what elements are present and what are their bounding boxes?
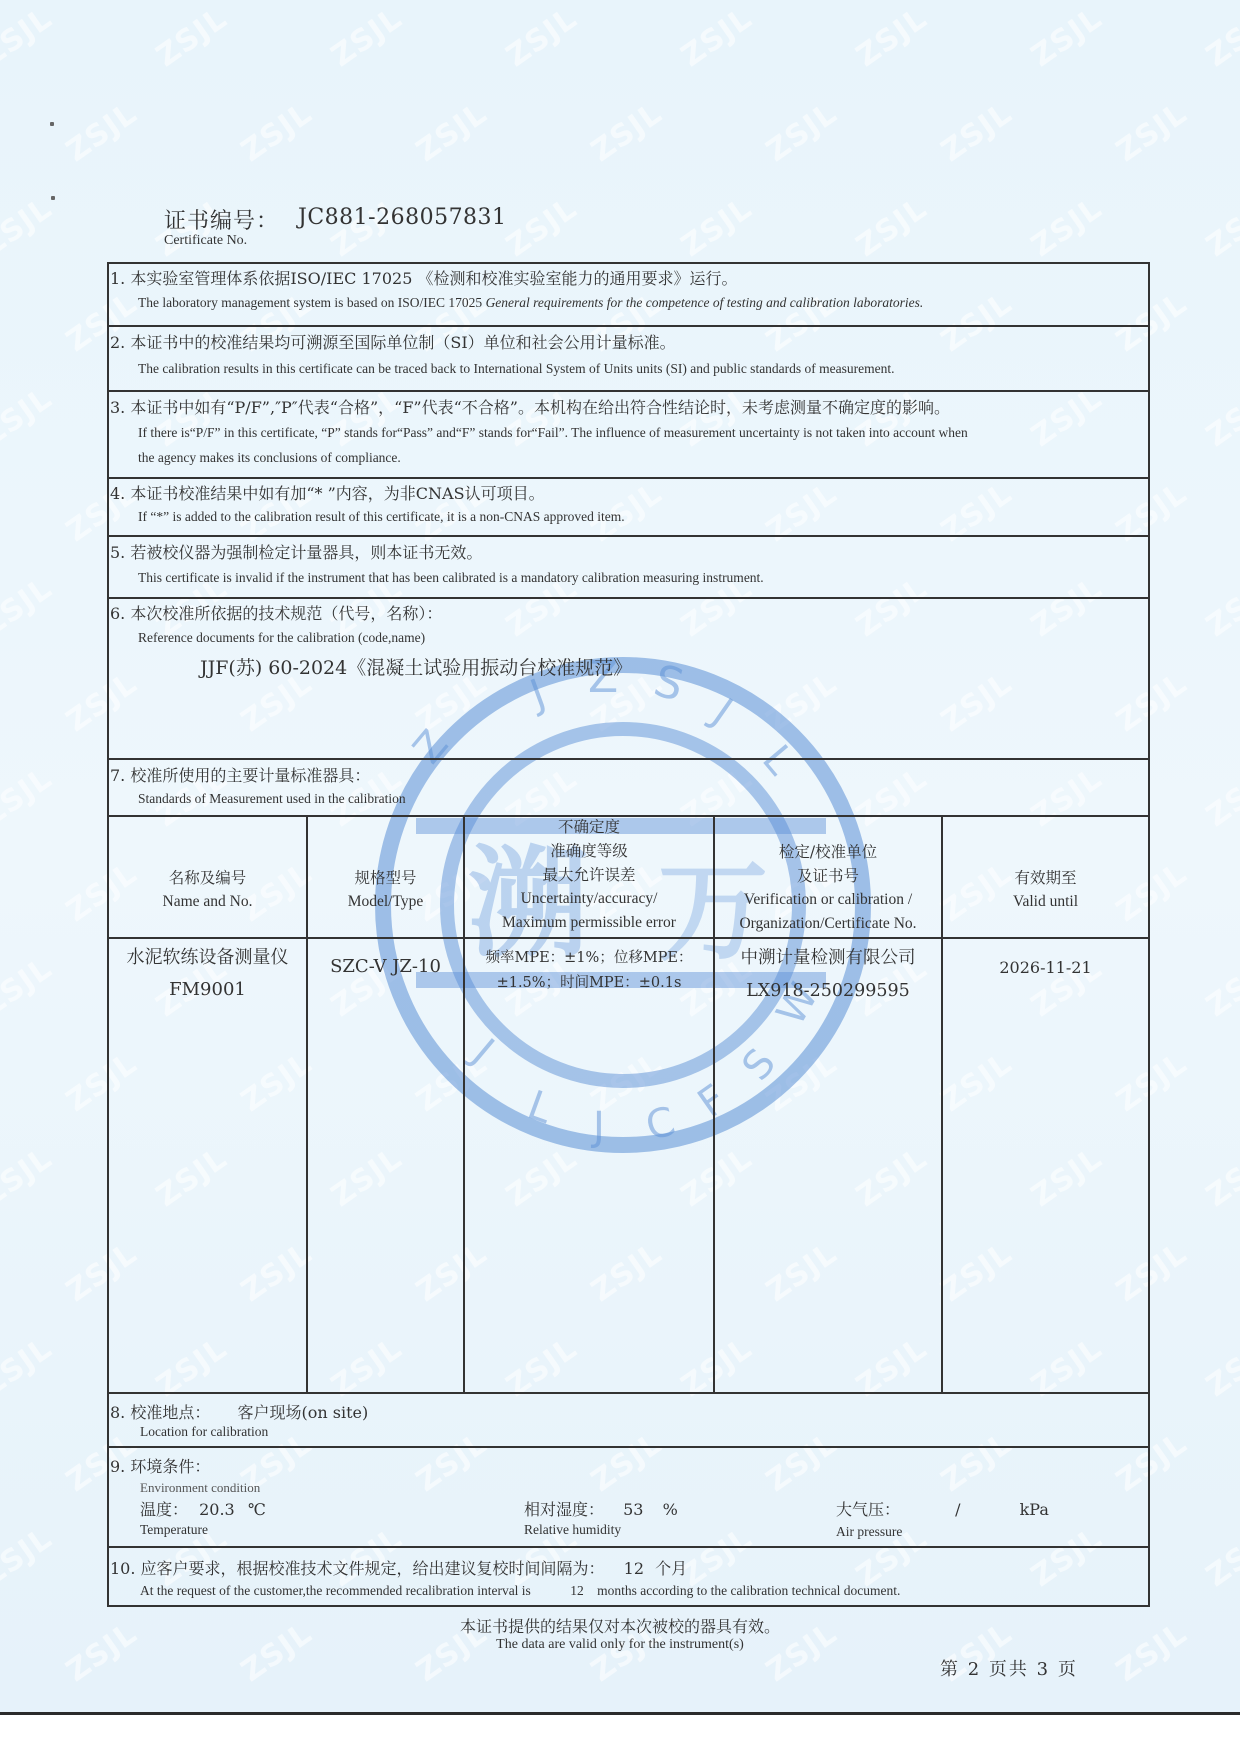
divider (107, 1392, 1150, 1394)
item-6-en: Reference documents for the calibration … (138, 630, 425, 646)
item-text-en: The laboratory management system is base… (138, 295, 486, 310)
mpe-line: 频率MPE：±1%；位移MPE： (465, 946, 713, 971)
item-text-cn: 若被校仪器为强制检定计量器具，则本证书无效。 (130, 543, 482, 562)
standard-mpe-cell: 频率MPE：±1%；位移MPE： ±1.5%；时间MPE：±0.1s (465, 946, 713, 996)
punch-dot (50, 122, 54, 126)
divider (107, 262, 1150, 264)
header-en: Organization/Certificate No. (715, 912, 941, 936)
organization-name: 中溯计量检测有限公司 (715, 942, 941, 975)
header-en: Name and No. (109, 890, 306, 914)
page-suffix: 页 (1058, 1659, 1078, 1680)
punch-dot (51, 196, 55, 200)
item-text-cn: 校准所使用的主要计量标准器具： (130, 766, 370, 785)
page-prefix: 第 (940, 1659, 960, 1680)
temperature-label: 温度： (140, 1500, 188, 1519)
standard-model-cell: SZC-V JZ-10 (308, 956, 463, 977)
item-10: 10. 应客户要求，根据校准技术文件规定，给出建议复校时间间隔为： 12 个月 (110, 1556, 687, 1579)
certificate-no-label: 证书编号： (164, 204, 279, 235)
recalibration-text: 应客户要求，根据校准技术文件规定，给出建议复校时间间隔为： (141, 1559, 605, 1578)
table-header-name: 名称及编号 Name and No. (109, 866, 306, 914)
mpe-line: ±1.5%；时间MPE：±0.1s (465, 971, 713, 996)
environment-label: 环境条件： (130, 1457, 210, 1476)
item-number: 4. (110, 484, 125, 503)
header-cn: 规格型号 (308, 866, 463, 890)
divider (107, 597, 1150, 599)
standard-organization-cell: 中溯计量检测有限公司 LX918-250299595 (715, 942, 941, 1008)
header-cn: 准确度等级 (465, 839, 713, 863)
temperature-unit: ℃ (248, 1500, 266, 1519)
item-4: 4. 本证书校准结果中如有加“* ”内容，为非CNAS认可项目。 (110, 481, 545, 504)
item-5-en: This certificate is invalid if the instr… (138, 570, 764, 586)
item-number: 8. (110, 1403, 125, 1422)
temperature-field: 温度： 20.3 ℃ (140, 1497, 266, 1520)
scan-margin (0, 1715, 1240, 1753)
item-3-en-line1: If there is“P/F” in this certificate, “P… (138, 425, 968, 441)
page-middle: 页共 (989, 1659, 1029, 1680)
box-right-border (1148, 262, 1150, 1607)
item-text-cn: 本实验室管理体系依据ISO/IEC 17025 《检测和校准实验室能力的通用要求… (130, 269, 737, 288)
location-label: 校准地点： (130, 1403, 210, 1422)
pressure-label: 大气压： (836, 1500, 900, 1519)
header-en: Model/Type (308, 890, 463, 914)
standard-name-cell: 水泥软练设备测量仪 FM9001 (109, 942, 306, 1006)
item-text-cn: 本证书中如有“P/F”,″P″代表“合格”，“F”代表“不合格”。本机构在给出符… (130, 398, 950, 417)
header-cn: 检定/校准单位 (715, 840, 941, 864)
pressure-value: / (955, 1500, 960, 1519)
header-en: Uncertainty/accuracy/ (465, 887, 713, 911)
recalibration-unit-en: months according to the calibration tech… (597, 1583, 900, 1598)
humidity-field: 相对湿度： 53 % (524, 1497, 678, 1520)
humidity-value: 53 (623, 1500, 643, 1519)
item-number: 2. (110, 333, 125, 352)
divider (107, 477, 1150, 479)
item-10-en: At the request of the customer,the recom… (140, 1583, 900, 1599)
certificate-no-label-en: Certificate No. (164, 233, 247, 249)
item-2-en: The calibration results in this certific… (138, 361, 895, 377)
item-number: 5. (110, 543, 125, 562)
item-8: 8. 校准地点： 客户现场(on site) (110, 1400, 368, 1423)
location-label-en: Location for calibration (140, 1424, 268, 1440)
temperature-label-en: Temperature (140, 1522, 208, 1538)
item-text-en-italic: General requirements for the competence … (486, 295, 924, 310)
divider (107, 1546, 1150, 1548)
divider (107, 390, 1150, 392)
divider (107, 325, 1150, 327)
standard-name: 水泥软练设备测量仪 (109, 942, 306, 974)
header-en: Verification or calibration / (715, 888, 941, 912)
item-2: 2. 本证书中的校准结果均可溯源至国际单位制（SI）单位和社会公用计量标准。 (110, 330, 676, 353)
divider (107, 535, 1150, 537)
standard-valid-until-cell: 2026-11-21 (943, 958, 1148, 977)
location-value: 客户现场(on site) (237, 1403, 368, 1422)
table-header-uncertainty: 不确定度 准确度等级 最大允许误差 Uncertainty/accuracy/ … (465, 815, 713, 935)
item-number: 1. (110, 269, 125, 288)
page-indicator: 第 2 页共 3 页 (940, 1655, 1078, 1681)
item-1-en: The laboratory management system is base… (138, 295, 923, 311)
divider (107, 1446, 1150, 1448)
table-header-model: 规格型号 Model/Type (308, 866, 463, 914)
item-6: 6. 本次校准所依据的技术规范（代号，名称）： (110, 601, 442, 624)
header-cn: 不确定度 (465, 815, 713, 839)
recalibration-unit: 个月 (655, 1559, 687, 1578)
divider (107, 758, 1150, 760)
humidity-unit: % (663, 1500, 678, 1519)
item-7-en: Standards of Measurement used in the cal… (138, 791, 406, 807)
item-text-cn: 本证书中的校准结果均可溯源至国际单位制（SI）单位和社会公用计量标准。 (130, 333, 675, 352)
certificate-no-value: JC881-268057831 (298, 205, 507, 230)
recalibration-value: 12 (624, 1559, 644, 1578)
item-5: 5. 若被校仪器为强制检定计量器具，则本证书无效。 (110, 540, 482, 563)
page-current: 2 (968, 1659, 981, 1680)
box-left-border (107, 262, 109, 1607)
divider (107, 937, 1150, 939)
item-number: 10. (110, 1559, 135, 1578)
header-cn: 最大允许误差 (465, 863, 713, 887)
item-number: 6. (110, 604, 125, 623)
certificate-number: LX918-250299595 (715, 975, 941, 1008)
header-cn: 有效期至 (943, 866, 1148, 890)
item-number: 7. (110, 766, 125, 785)
table-header-organization: 检定/校准单位 及证书号 Verification or calibration… (715, 840, 941, 936)
page-total: 3 (1037, 1659, 1050, 1680)
validity-note-en: The data are valid only for the instrume… (0, 1637, 1240, 1653)
humidity-label: 相对湿度： (524, 1500, 604, 1519)
recalibration-value-en: 12 (570, 1583, 584, 1598)
item-1: 1. 本实验室管理体系依据ISO/IEC 17025 《检测和校准实验室能力的通… (110, 266, 737, 289)
item-number: 9. (110, 1457, 125, 1476)
humidity-label-en: Relative humidity (524, 1522, 621, 1538)
item-3: 3. 本证书中如有“P/F”,″P″代表“合格”，“F”代表“不合格”。本机构在… (110, 395, 950, 418)
header-en: Maximum permissible error (465, 911, 713, 935)
table-header-valid-until: 有效期至 Valid until (943, 866, 1148, 914)
temperature-value: 20.3 (199, 1500, 235, 1519)
standard-number: FM9001 (109, 974, 306, 1006)
validity-note: 本证书提供的结果仅对本次被校的器具有效。 (0, 1614, 1240, 1637)
item-text-cn: 本证书校准结果中如有加“* ”内容，为非CNAS认可项目。 (130, 484, 544, 503)
pressure-field: 大气压： / kPa (836, 1497, 1049, 1520)
item-number: 3. (110, 398, 125, 417)
item-9: 9. 环境条件： (110, 1454, 210, 1477)
header-en: Valid until (943, 890, 1148, 914)
item-text-cn: 本次校准所依据的技术规范（代号，名称）： (130, 604, 442, 623)
pressure-label-en: Air pressure (836, 1524, 902, 1540)
item-3-en-line2: the agency makes its conclusions of comp… (138, 450, 401, 466)
header-cn: 及证书号 (715, 864, 941, 888)
divider (107, 1605, 1150, 1607)
item-4-en: If “*” is added to the calibration resul… (138, 509, 625, 525)
item-7: 7. 校准所使用的主要计量标准器具： (110, 763, 370, 786)
reference-document-value: JJF(苏) 60-2024《混凝土试验用振动台校准规范》 (200, 653, 632, 680)
header-cn: 名称及编号 (109, 866, 306, 890)
environment-label-en: Environment condition (140, 1480, 260, 1496)
recalibration-text-en: At the request of the customer,the recom… (140, 1583, 531, 1598)
pressure-unit: kPa (1020, 1500, 1049, 1519)
